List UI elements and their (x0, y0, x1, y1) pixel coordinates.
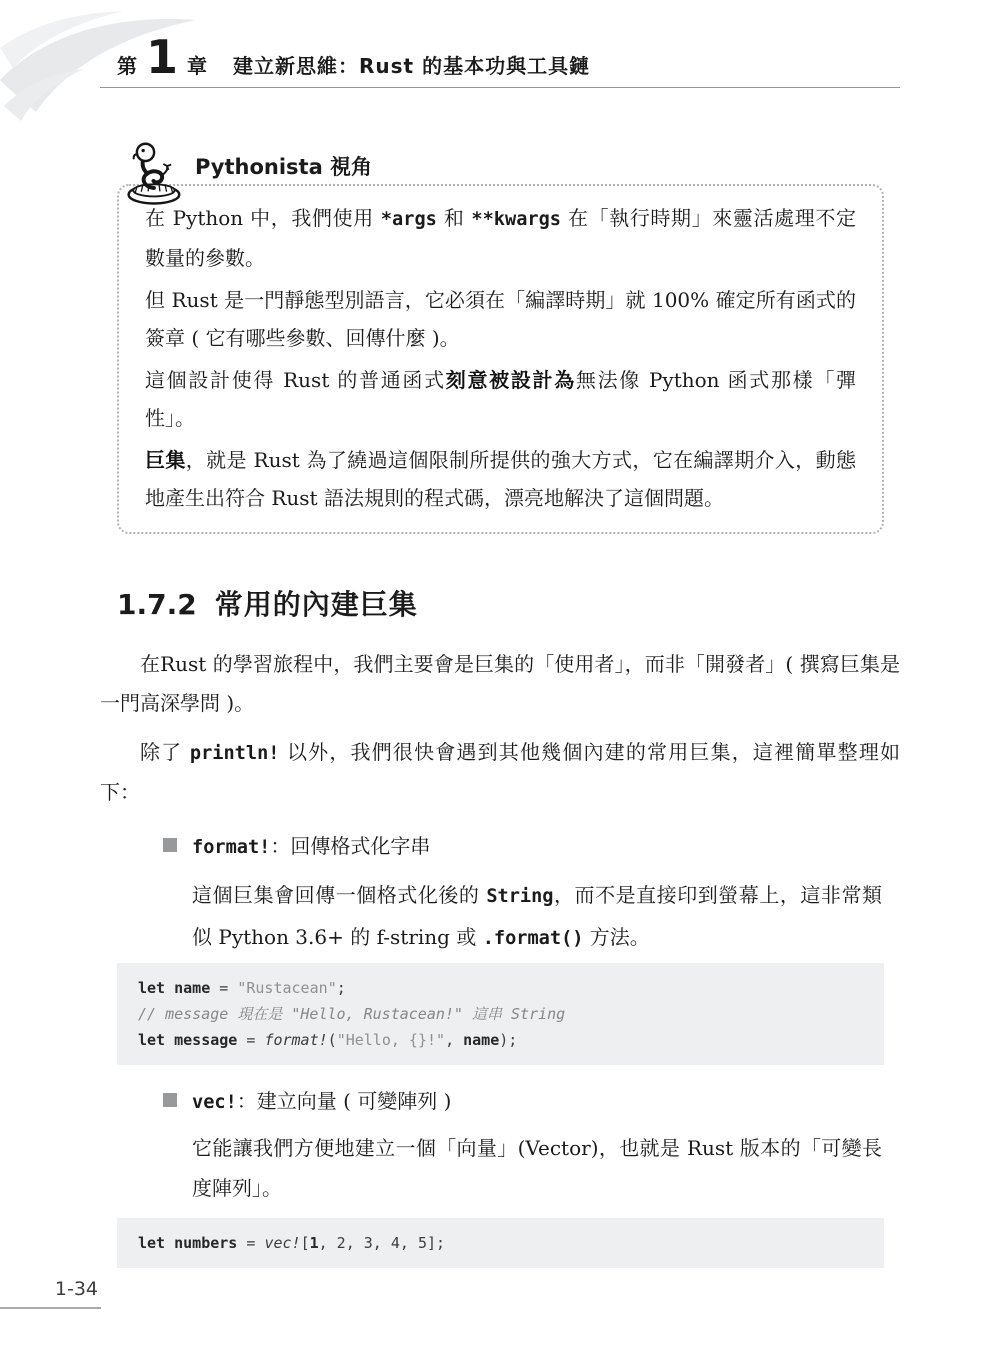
code-line: let name = "Rustacean"; (138, 975, 863, 1001)
bullet-item-vec: vec!：建立向量 ( 可變陣列 ) (163, 1085, 451, 1114)
bullet-label: format!：回傳格式化字串 (192, 830, 430, 859)
bullet-square-icon (163, 838, 177, 852)
chapter-header: 第 1 章 建立新思維：Rust 的基本功與工具鏈 (100, 34, 900, 88)
header-divider (100, 87, 900, 88)
bullet-square-icon (163, 1093, 177, 1107)
chapter-title-line: 第 1 章 建立新思維：Rust 的基本功與工具鏈 (100, 34, 900, 80)
callout-paragraph: 但 Rust 是一門靜態型別語言，它必須在「編譯時期」就 100% 確定所有函式… (145, 281, 856, 357)
body-paragraph: 除了 println! 以外，我們很快會遇到其他幾個內建的常用巨集，這裡簡單整理… (100, 733, 900, 812)
code-line: let numbers = vec![1, 2, 3, 4, 5]; (138, 1230, 863, 1256)
bullet-description: 它能讓我們方便地建立一個「向量」(Vector)，也就是 Rust 版本的「可變… (192, 1128, 882, 1208)
chapter-title: 建立新思維：Rust 的基本功與工具鏈 (233, 50, 590, 79)
code-block-format: let name = "Rustacean"; // message 現在是 "… (117, 963, 884, 1065)
chapter-label-suffix: 章 (187, 50, 207, 79)
code-line: let message = format!("Hello, {}!", name… (138, 1027, 863, 1053)
code-line: // message 現在是 "Hello, Rustacean!" 這串 St… (138, 1001, 863, 1027)
section-heading: 1.7.2常用的內建巨集 (117, 583, 418, 623)
body-paragraph: 在Rust 的學習旅程中，我們主要會是巨集的「使用者」，而非「開發者」( 撰寫巨… (100, 645, 900, 723)
page-footer: 1-34 (0, 1278, 101, 1309)
python-snake-icon (123, 141, 183, 205)
callout-box: 在 Python 中，我們使用 *args 和 **kwargs 在「執行時期」… (117, 184, 884, 534)
pythonista-callout: Pythonista 視角 在 Python 中，我們使用 *args 和 **… (117, 140, 884, 534)
callout-title: Pythonista 視角 (195, 151, 372, 181)
callout-paragraph: 在 Python 中，我們使用 *args 和 **kwargs 在「執行時期」… (145, 199, 856, 277)
section-number: 1.7.2 (117, 588, 197, 621)
callout-paragraph: 巨集，就是 Rust 為了繞過這個限制所提供的強大方式，它在編譯期介入，動態地產… (145, 441, 856, 517)
bullet-label: vec!：建立向量 ( 可變陣列 ) (192, 1085, 451, 1114)
section-title: 常用的內建巨集 (215, 588, 418, 621)
callout-paragraph: 這個設計使得 Rust 的普通函式刻意被設計為無法像 Python 函式那樣「彈… (145, 361, 856, 437)
chapter-label-prefix: 第 (117, 50, 137, 79)
page-number: 1-34 (55, 1278, 98, 1300)
chapter-number: 1 (146, 34, 178, 80)
callout-header: Pythonista 視角 (123, 140, 884, 206)
code-block-vec: let numbers = vec![1, 2, 3, 4, 5]; (117, 1218, 884, 1268)
bullet-item-format: format!：回傳格式化字串 (163, 830, 430, 859)
bullet-description: 這個巨集會回傳一個格式化後的 String，而不是直接印到螢幕上，這非常類似 P… (192, 875, 882, 959)
